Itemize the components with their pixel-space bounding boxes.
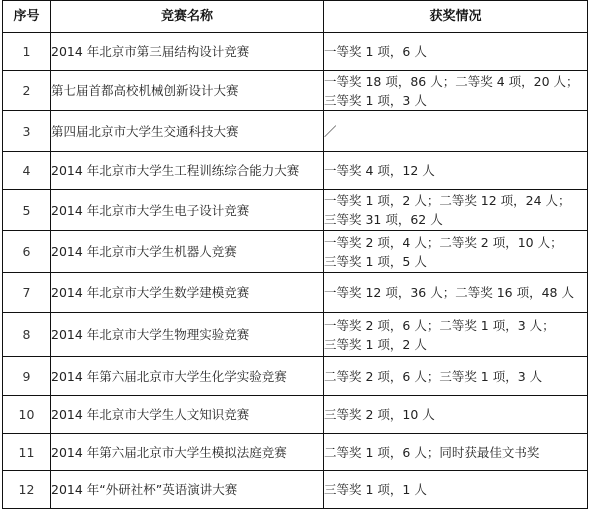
award-line: 三等奖 31 项，62 人 bbox=[324, 210, 587, 229]
award-result: 三等奖 1 项，1 人 bbox=[324, 471, 588, 509]
awards-table: 序号 竞赛名称 获奖情况 1 2014 年北京市第三届结构设计竞赛 一等奖 1 … bbox=[2, 0, 588, 509]
row-number: 8 bbox=[3, 313, 51, 357]
row-number: 12 bbox=[3, 471, 51, 509]
header-name: 竞赛名称 bbox=[51, 1, 324, 33]
award-line: 三等奖 2 项，10 人 bbox=[324, 405, 587, 424]
competition-name: 2014 年“外研社杯”英语演讲大赛 bbox=[51, 471, 324, 509]
award-result: 一等奖 2 项，6 人；二等奖 1 项，3 人；三等奖 1 项，2 人 bbox=[324, 313, 588, 357]
award-line: 一等奖 4 项，12 人 bbox=[324, 161, 587, 180]
table-row: 12 2014 年“外研社杯”英语演讲大赛 三等奖 1 项，1 人 bbox=[3, 471, 588, 509]
header-no: 序号 bbox=[3, 1, 51, 33]
award-line: 一等奖 2 项，4 人；二等奖 2 项，10 人； bbox=[324, 233, 587, 252]
award-result: 二等奖 2 项，6 人；三等奖 1 项，3 人 bbox=[324, 357, 588, 396]
table-row: 7 2014 年北京市大学生数学建模竞赛 一等奖 12 项，36 人；二等奖 1… bbox=[3, 273, 588, 313]
competition-name: 2014 年北京市大学生机器人竞赛 bbox=[51, 231, 324, 273]
row-number: 10 bbox=[3, 396, 51, 434]
row-number: 1 bbox=[3, 33, 51, 71]
award-line: 一等奖 2 项，6 人；二等奖 1 项，3 人； bbox=[324, 316, 587, 335]
competition-name: 2014 年北京市大学生物理实验竞赛 bbox=[51, 313, 324, 357]
award-line: ／ bbox=[324, 122, 587, 141]
table-row: 1 2014 年北京市第三届结构设计竞赛 一等奖 1 项，6 人 bbox=[3, 33, 588, 71]
award-result: 一等奖 12 项，36 人；二等奖 16 项，48 人 bbox=[324, 273, 588, 313]
table-row: 10 2014 年北京市大学生人文知识竞赛 三等奖 2 项，10 人 bbox=[3, 396, 588, 434]
award-result: 一等奖 1 项，6 人 bbox=[324, 33, 588, 71]
award-result: 三等奖 2 项，10 人 bbox=[324, 396, 588, 434]
table-row: 11 2014 年第六届北京市大学生模拟法庭竞赛 二等奖 1 项，6 人；同时获… bbox=[3, 434, 588, 471]
table-row: 5 2014 年北京市大学生电子设计竞赛 一等奖 1 项，2 人；二等奖 12 … bbox=[3, 190, 588, 231]
award-result: 一等奖 18 项，86 人；二等奖 4 项，20 人；三等奖 1 项，3 人 bbox=[324, 71, 588, 111]
row-number: 5 bbox=[3, 190, 51, 231]
award-line: 一等奖 1 项，2 人；二等奖 12 项，24 人； bbox=[324, 191, 587, 210]
award-result: ／ bbox=[324, 111, 588, 152]
competition-name: 2014 年北京市第三届结构设计竞赛 bbox=[51, 33, 324, 71]
award-line: 二等奖 1 项，6 人；同时获最佳文书奖 bbox=[324, 443, 587, 462]
competition-name: 2014 年北京市大学生数学建模竞赛 bbox=[51, 273, 324, 313]
award-result: 二等奖 1 项，6 人；同时获最佳文书奖 bbox=[324, 434, 588, 471]
header-award: 获奖情况 bbox=[324, 1, 588, 33]
table-row: 3 第四届北京市大学生交通科技大赛 ／ bbox=[3, 111, 588, 152]
competition-name: 2014 年北京市大学生工程训练综合能力大赛 bbox=[51, 152, 324, 190]
row-number: 7 bbox=[3, 273, 51, 313]
table-row: 9 2014 年第六届北京市大学生化学实验竞赛 二等奖 2 项，6 人；三等奖 … bbox=[3, 357, 588, 396]
award-result: 一等奖 1 项，2 人；二等奖 12 项，24 人；三等奖 31 项，62 人 bbox=[324, 190, 588, 231]
award-line: 一等奖 18 项，86 人；二等奖 4 项，20 人； bbox=[324, 72, 587, 91]
table-row: 4 2014 年北京市大学生工程训练综合能力大赛 一等奖 4 项，12 人 bbox=[3, 152, 588, 190]
row-number: 4 bbox=[3, 152, 51, 190]
row-number: 3 bbox=[3, 111, 51, 152]
row-number: 9 bbox=[3, 357, 51, 396]
competition-name: 第七届首都高校机械创新设计大赛 bbox=[51, 71, 324, 111]
row-number: 11 bbox=[3, 434, 51, 471]
competition-name: 2014 年第六届北京市大学生模拟法庭竞赛 bbox=[51, 434, 324, 471]
table-row: 2 第七届首都高校机械创新设计大赛 一等奖 18 项，86 人；二等奖 4 项，… bbox=[3, 71, 588, 111]
table-row: 6 2014 年北京市大学生机器人竞赛 一等奖 2 项，4 人；二等奖 2 项，… bbox=[3, 231, 588, 273]
award-line: 三等奖 1 项，1 人 bbox=[324, 480, 587, 499]
header-row: 序号 竞赛名称 获奖情况 bbox=[3, 1, 588, 33]
award-result: 一等奖 2 项，4 人；二等奖 2 项，10 人；三等奖 1 项，5 人 bbox=[324, 231, 588, 273]
row-number: 6 bbox=[3, 231, 51, 273]
award-line: 三等奖 1 项，2 人 bbox=[324, 335, 587, 354]
award-result: 一等奖 4 项，12 人 bbox=[324, 152, 588, 190]
award-line: 三等奖 1 项，5 人 bbox=[324, 252, 587, 271]
competition-name: 2014 年北京市大学生电子设计竞赛 bbox=[51, 190, 324, 231]
award-line: 二等奖 2 项，6 人；三等奖 1 项，3 人 bbox=[324, 367, 587, 386]
table-row: 8 2014 年北京市大学生物理实验竞赛 一等奖 2 项，6 人；二等奖 1 项… bbox=[3, 313, 588, 357]
row-number: 2 bbox=[3, 71, 51, 111]
competition-name: 2014 年第六届北京市大学生化学实验竞赛 bbox=[51, 357, 324, 396]
competition-name: 2014 年北京市大学生人文知识竞赛 bbox=[51, 396, 324, 434]
award-line: 三等奖 1 项，3 人 bbox=[324, 91, 587, 110]
competition-name: 第四届北京市大学生交通科技大赛 bbox=[51, 111, 324, 152]
award-line: 一等奖 1 项，6 人 bbox=[324, 42, 587, 61]
award-line: 一等奖 12 项，36 人；二等奖 16 项，48 人 bbox=[324, 283, 587, 302]
